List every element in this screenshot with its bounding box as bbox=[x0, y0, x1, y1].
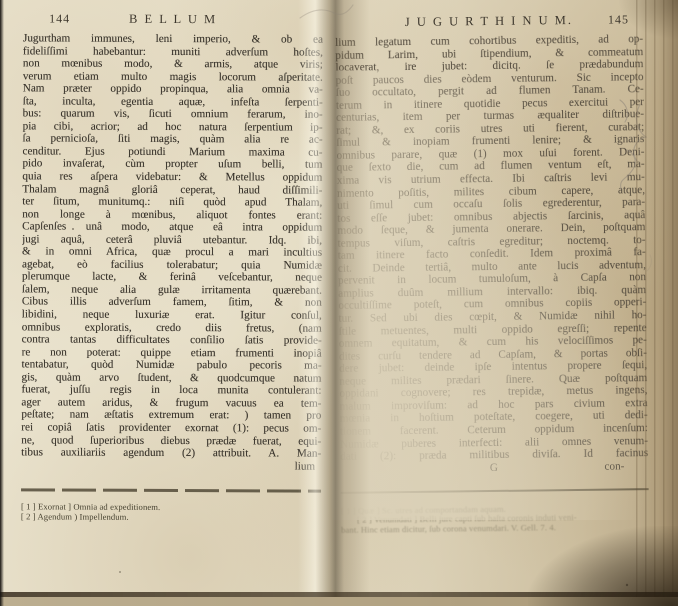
text-line: rei copiâ ſatis providenter exornat (1):… bbox=[21, 421, 321, 435]
text-line: non mœnibus modo, & armis, atque viris; bbox=[23, 57, 323, 71]
footnote-line: [ 2 ] Agendum ) Impellendum. bbox=[21, 512, 321, 523]
signature-mark: G bbox=[340, 460, 648, 476]
text-line: peſtate; nam æſtatis extremum erat: ) ta… bbox=[21, 409, 321, 423]
text-line: ſa pernicioſa, ſiti magis, quàm alia re … bbox=[23, 133, 323, 147]
left-page-text: Jugurtham immunes, leni imperio, & ob ea… bbox=[21, 32, 323, 460]
footnote-rule-right bbox=[341, 488, 649, 494]
signature-row: G con- bbox=[340, 460, 648, 477]
footnote-rule-left bbox=[21, 488, 321, 492]
running-title-left: B E L L U M bbox=[129, 12, 217, 26]
left-header: 144 B E L L U M bbox=[23, 11, 323, 30]
text-line: Nam præter oppido propinqua, alia omnia … bbox=[23, 83, 323, 97]
text-line: plerumque lacte, & ferinâ veſcebantur, n… bbox=[22, 271, 322, 285]
text-line: bus: quarum vis, ſicuti omnium ferarum, … bbox=[23, 108, 323, 122]
right-catchword: con- bbox=[604, 460, 624, 473]
right-footnotes: [ 1 ] Quæ ] Sc. utres ad comportandam aq… bbox=[341, 503, 649, 536]
text-line: quia res aſpera videbatur: & Metellus op… bbox=[22, 170, 322, 184]
left-footnotes: [ 1 ] Exornat ] Omnia ad expeditionem.[ … bbox=[21, 502, 321, 523]
text-line: & in omni Africa, quæ procul a mari incu… bbox=[22, 246, 322, 260]
page-left: 144 B E L L U M Jugurtham immunes, leni … bbox=[21, 11, 323, 523]
right-header: J U G U R T H I N U M. 145 bbox=[335, 12, 643, 34]
footnote-line: bant. Hinc etiam dicitur, ſub corona ven… bbox=[341, 522, 649, 536]
text-line: Jugurtham immunes, leni imperio, & ob ea bbox=[23, 32, 323, 46]
text-line: ter ſitum, munitumq.: niſi quòd apud Tha… bbox=[22, 195, 322, 209]
text-line: contra tantas difficultates conſilio ſat… bbox=[22, 333, 322, 347]
page-number-left: 144 bbox=[49, 11, 70, 26]
book-photo: 144 B E L L U M Jugurtham immunes, leni … bbox=[0, 0, 678, 606]
running-title-right: J U G U R T H I N U M. bbox=[405, 13, 573, 29]
text-line: Capſenſes unâ modo, atque eâ intra oppid… bbox=[22, 221, 322, 235]
bottom-margin-strip bbox=[0, 597, 678, 606]
page-number-right: 145 bbox=[608, 12, 629, 27]
text-line: libidini, neque luxuriæ erat. Igitur con… bbox=[22, 308, 322, 322]
left-photo-edge bbox=[0, 0, 4, 606]
text-line: fuerat, juſſu regis in loca munita contu… bbox=[21, 384, 321, 398]
text-line: tentabatur, quòd Numidæ pabulo pecoris m… bbox=[22, 359, 322, 373]
text-line: tibus auxiliariis agendum (2) attribuit.… bbox=[21, 446, 321, 460]
right-page-text: lium legatum cum cohortibus expeditis, a… bbox=[335, 33, 648, 463]
page-right: J U G U R T H I N U M. 145 lium legatum … bbox=[335, 12, 649, 536]
left-catchword: lium bbox=[21, 459, 321, 473]
